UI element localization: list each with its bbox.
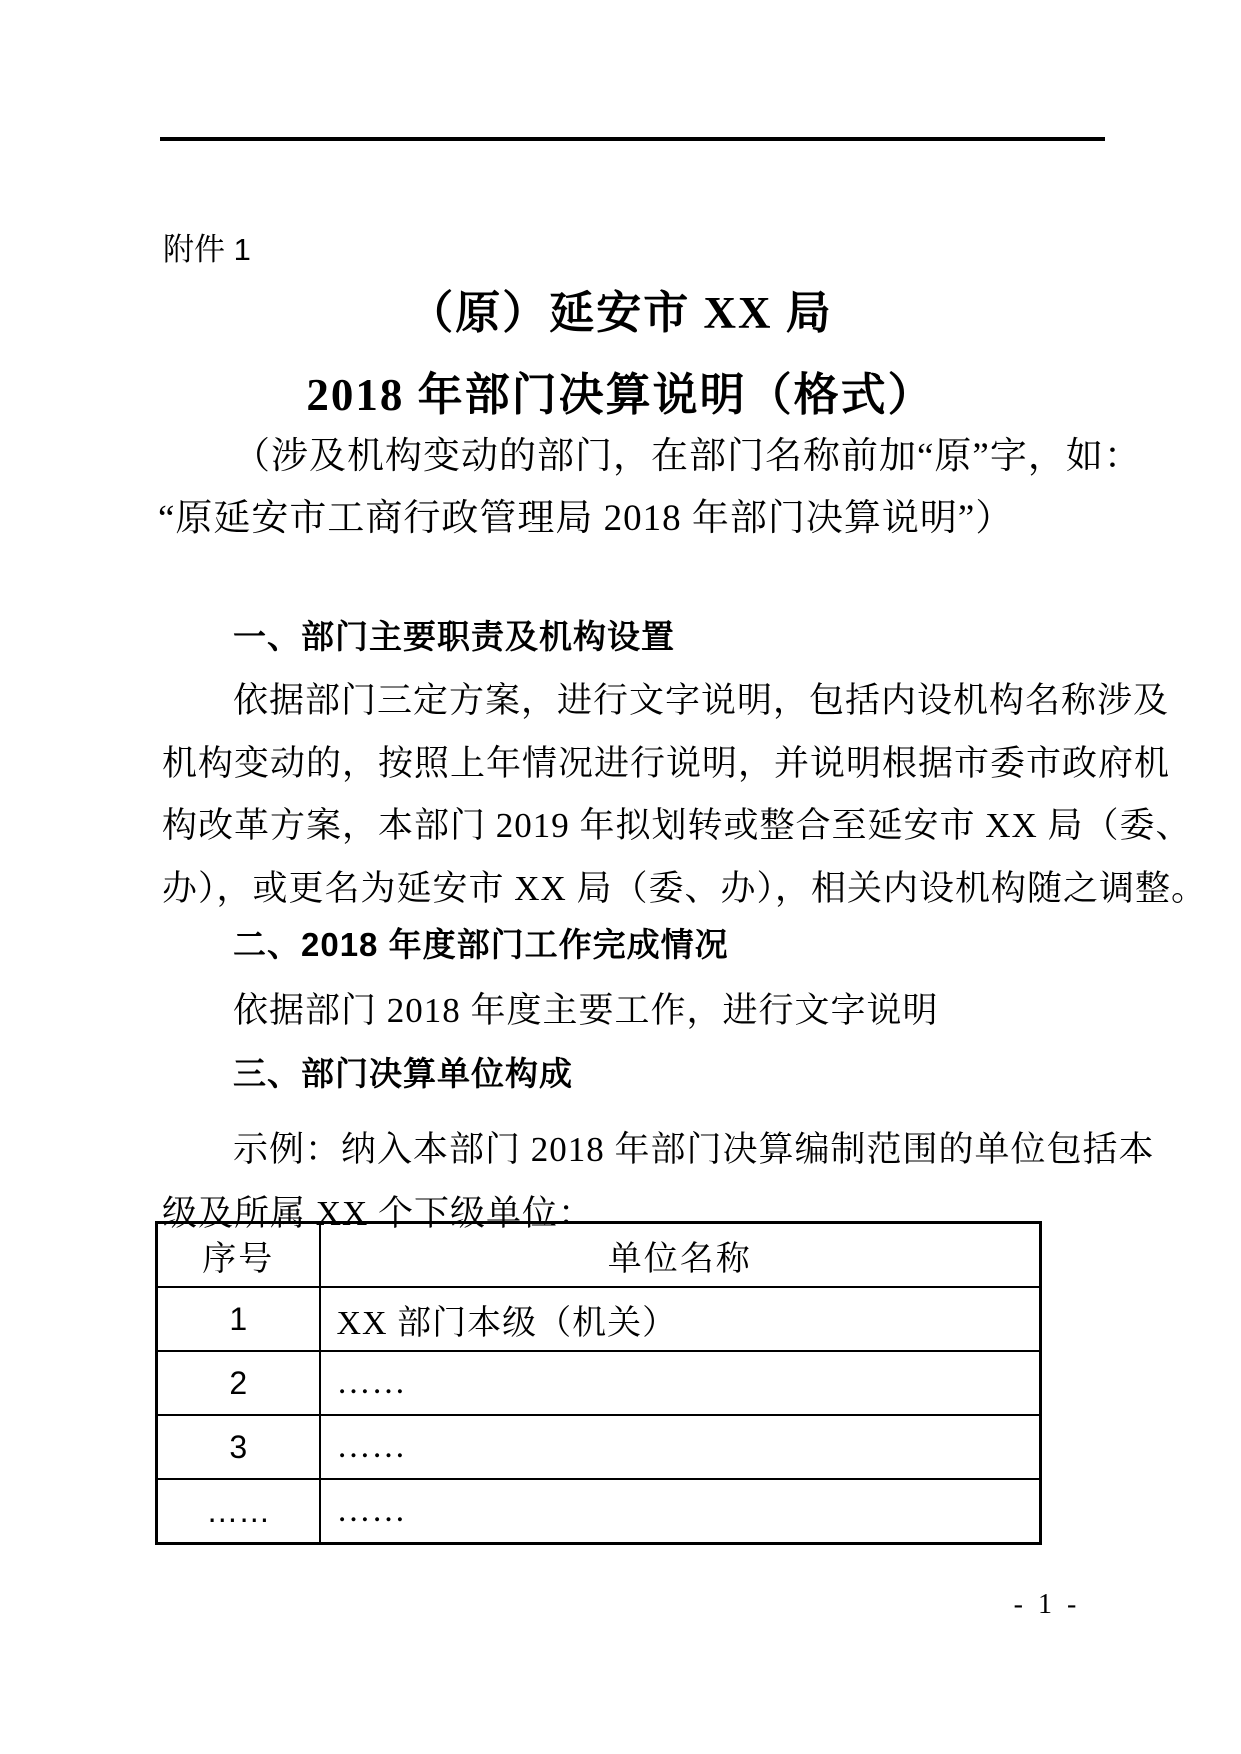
doc-title-line1: （原）延安市 XX 局 <box>0 288 1241 340</box>
cell-unit-name: XX 部门本级（机关） <box>320 1287 1041 1351</box>
table-row: 3 …… <box>157 1415 1041 1479</box>
units-table: 序号 单位名称 1 XX 部门本级（机关） 2 …… 3 …… …… …… <box>155 1221 1042 1545</box>
col-header-index: 序号 <box>157 1223 320 1288</box>
note-line: “原延安市工商行政管理局 2018 年部门决算说明”） <box>158 498 1013 541</box>
body-line: 办），或更名为延安市 XX 局（委、办），相关内设机构随之调整。 <box>162 869 1207 909</box>
cell-index: 1 <box>157 1287 320 1351</box>
cell-index: …… <box>157 1479 320 1544</box>
attachment-label: 附件 1 <box>163 232 251 268</box>
body-line: 依据部门三定方案，进行文字说明，包括内设机构名称涉及 <box>233 681 1169 721</box>
table-row: 1 XX 部门本级（机关） <box>157 1287 1041 1351</box>
section-heading-2: 二、2018 年度部门工作完成情况 <box>233 926 729 964</box>
document-page: 附件 1 （原）延安市 XX 局 2018 年部门决算说明（格式） （涉及机构变… <box>0 0 1241 1754</box>
body-line: 构改革方案，本部门 2019 年拟划转或整合至延安市 XX 局（委、 <box>162 806 1192 846</box>
body-line: 机构变动的，按照上年情况进行说明，并说明根据市委市政府机 <box>162 744 1170 784</box>
body-line: 示例：纳入本部门 2018 年部门决算编制范围的单位包括本 <box>233 1130 1155 1170</box>
section-heading-1: 一、部门主要职责及机构设置 <box>233 618 675 656</box>
section-heading-3: 三、部门决算单位构成 <box>233 1055 573 1093</box>
page-number: - 1 - <box>972 1589 1122 1621</box>
top-rule <box>160 137 1105 141</box>
cell-unit-name: …… <box>320 1351 1041 1415</box>
note-line: （涉及机构变动的部门，在部门名称前加“原”字，如： <box>233 436 1142 479</box>
table-row: …… …… <box>157 1479 1041 1544</box>
body-line: 依据部门 2018 年度主要工作，进行文字说明 <box>233 991 939 1031</box>
doc-title-line2: 2018 年部门决算说明（格式） <box>0 370 1241 422</box>
table-header-row: 序号 单位名称 <box>157 1223 1041 1288</box>
table-row: 2 …… <box>157 1351 1041 1415</box>
cell-index: 3 <box>157 1415 320 1479</box>
cell-unit-name: …… <box>320 1415 1041 1479</box>
col-header-unit-name: 单位名称 <box>320 1223 1041 1288</box>
cell-unit-name: …… <box>320 1479 1041 1544</box>
cell-index: 2 <box>157 1351 320 1415</box>
